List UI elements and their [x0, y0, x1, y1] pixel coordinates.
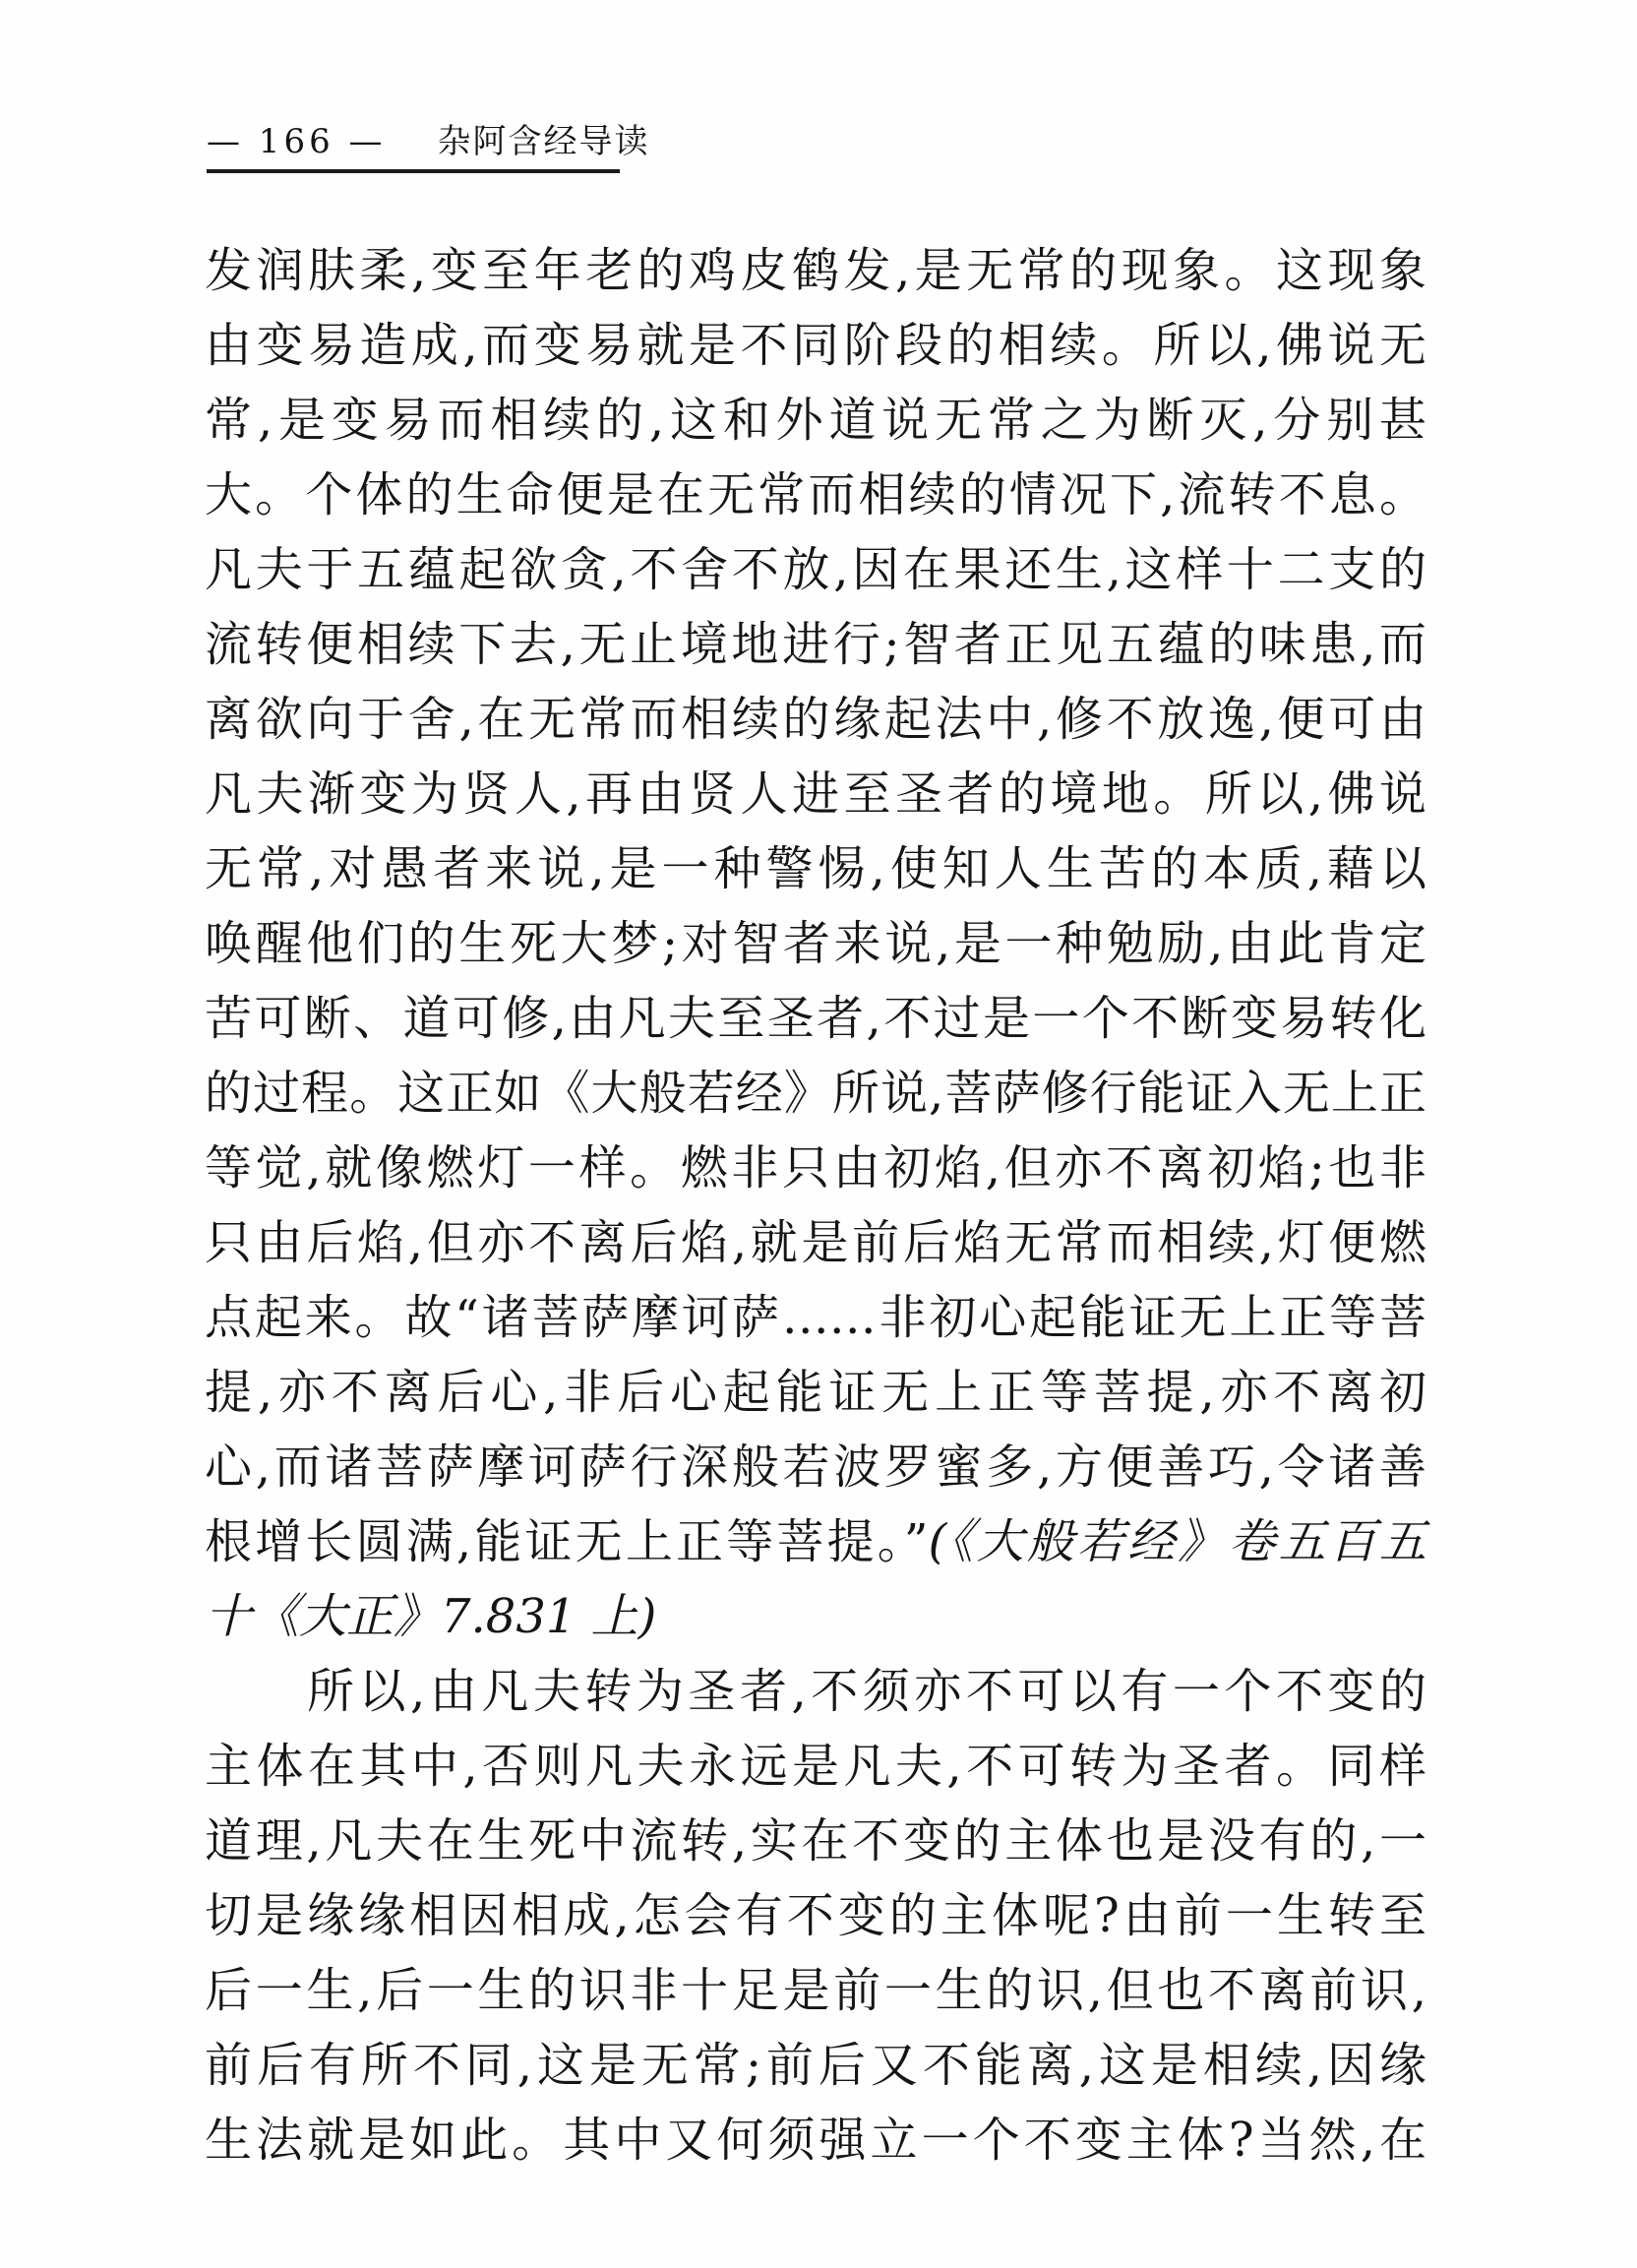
body-text-segment: 凡夫于五蕴起欲贪,不舍不放,因在果还生,这样十二支的	[205, 542, 1426, 597]
body-text-segment: 等觉,就像燃灯一样。燃非只由初焰,但亦不离初焰;也非	[205, 1140, 1426, 1195]
book-page: — 166 — 杂阿含经导读 发润肤柔,变至年老的鸡皮鹤发,是无常的现象。这现象…	[0, 0, 1637, 2268]
body-text-segment: 提,亦不离后心,非后心起能证无上正等菩提,亦不离初	[205, 1365, 1426, 1420]
paragraph: 发润肤柔,变至年老的鸡皮鹤发,是无常的现象。这现象由变易造成,而变易就是不同阶段…	[205, 233, 1426, 1654]
text-line: 前后有所不同,这是无常;前后又不能离,这是相续,因缘	[205, 2028, 1426, 2103]
paragraph: 所以,由凡夫转为圣者,不须亦不可以有一个不变的主体在其中,否则凡夫永远是凡夫,不…	[205, 1654, 1426, 2177]
body-text-segment: 凡夫渐变为贤人,再由贤人进至圣者的境地。所以,佛说	[205, 766, 1426, 822]
body-text-segment: 根增长圆满,能证无上正等菩提。”	[205, 1514, 928, 1569]
text-line: 点起来。故“诸菩萨摩诃萨……非初心起能证无上正等菩	[205, 1280, 1426, 1355]
body-text-segment: 生法就是如此。其中又何须强立一个不变主体?当然,在	[205, 2113, 1426, 2168]
text-line: 凡夫于五蕴起欲贪,不舍不放,因在果还生,这样十二支的	[205, 532, 1426, 607]
text-line: 苦可断、道可修,由凡夫至圣者,不过是一个不断变易转化	[205, 981, 1426, 1056]
body-text-segment: 道理,凡夫在生死中流转,实在不变的主体也是没有的,一	[205, 1813, 1426, 1869]
text-line: 常,是变易而相续的,这和外道说无常之为断灭,分别甚	[205, 383, 1426, 458]
page-header: — 166 — 杂阿含经导读	[207, 120, 620, 173]
body-text-segment: 前后有所不同,这是无常;前后又不能离,这是相续,因缘	[205, 2038, 1426, 2093]
body-text-segment: 只由后焰,但亦不离后焰,就是前后焰无常而相续,灯便燃	[205, 1215, 1426, 1270]
text-line: 道理,凡夫在生死中流转,实在不变的主体也是没有的,一	[205, 1804, 1426, 1878]
text-line: 后一生,后一生的识非十足是前一生的识,但也不离前识,	[205, 1953, 1426, 2028]
text-line: 心,而诸菩萨摩诃萨行深般若波罗蜜多,方便善巧,令诸善	[205, 1430, 1426, 1504]
text-line: 流转便相续下去,无止境地进行;智者正见五蕴的味患,而	[205, 607, 1426, 682]
citation-text: (《大般若经》卷五百五	[928, 1514, 1426, 1569]
text-line: 由变易造成,而变易就是不同阶段的相续。所以,佛说无	[205, 308, 1426, 383]
body-text-segment: 所以,由凡夫转为圣者,不须亦不可以有一个不变的	[307, 1664, 1426, 1719]
body-text-segment: 由变易造成,而变易就是不同阶段的相续。所以,佛说无	[205, 318, 1426, 373]
text-line: 生法就是如此。其中又何须强立一个不变主体?当然,在	[205, 2103, 1426, 2177]
text-line: 发润肤柔,变至年老的鸡皮鹤发,是无常的现象。这现象	[205, 233, 1426, 308]
text-line: 大。个体的生命便是在无常而相续的情况下,流转不息。	[205, 458, 1426, 532]
body-text-segment: 无常,对愚者来说,是一种警惕,使知人生苦的本质,藉以	[205, 841, 1426, 896]
text-line: 唤醒他们的生死大梦;对智者来说,是一种勉励,由此肯定	[205, 906, 1426, 981]
running-title: 杂阿含经导读	[438, 120, 650, 163]
body-text-segment: 主体在其中,否则凡夫永远是凡夫,不可转为圣者。同样	[205, 1739, 1426, 1794]
text-line: 凡夫渐变为贤人,再由贤人进至圣者的境地。所以,佛说	[205, 757, 1426, 831]
text-line: 无常,对愚者来说,是一种警惕,使知人生苦的本质,藉以	[205, 831, 1426, 906]
body-text-segment: 切是缘缘相因相成,怎会有不变的主体呢?由前一生转至	[205, 1888, 1426, 1943]
citation-text: 十《大正》7.831 上)	[205, 1589, 656, 1644]
body-text-segment: 大。个体的生命便是在无常而相续的情况下,流转不息。	[205, 467, 1426, 522]
body-text-segment: 离欲向于舍,在无常而相续的缘起法中,修不放逸,便可由	[205, 692, 1426, 747]
text-line: 等觉,就像燃灯一样。燃非只由初焰,但亦不离初焰;也非	[205, 1131, 1426, 1205]
text-line: 十《大正》7.831 上)	[205, 1579, 1426, 1654]
text-line: 切是缘缘相因相成,怎会有不变的主体呢?由前一生转至	[205, 1878, 1426, 1953]
text-line: 只由后焰,但亦不离后焰,就是前后焰无常而相续,灯便燃	[205, 1205, 1426, 1280]
body-text: 发润肤柔,变至年老的鸡皮鹤发,是无常的现象。这现象由变易造成,而变易就是不同阶段…	[205, 233, 1426, 2177]
body-text-segment: 后一生,后一生的识非十足是前一生的识,但也不离前识,	[205, 1963, 1426, 2018]
body-text-segment: 流转便相续下去,无止境地进行;智者正见五蕴的味患,而	[205, 617, 1426, 672]
page-number: — 166 —	[207, 120, 387, 163]
body-text-segment: 点起来。故“诸菩萨摩诃萨……非初心起能证无上正等菩	[205, 1290, 1426, 1345]
text-line: 的过程。这正如《大般若经》所说,菩萨修行能证入无上正	[205, 1056, 1426, 1131]
text-line: 提,亦不离后心,非后心起能证无上正等菩提,亦不离初	[205, 1355, 1426, 1430]
body-text-segment: 发润肤柔,变至年老的鸡皮鹤发,是无常的现象。这现象	[205, 243, 1426, 298]
text-line: 主体在其中,否则凡夫永远是凡夫,不可转为圣者。同样	[205, 1729, 1426, 1804]
text-line: 所以,由凡夫转为圣者,不须亦不可以有一个不变的	[205, 1654, 1426, 1729]
body-text-segment: 常,是变易而相续的,这和外道说无常之为断灭,分别甚	[205, 393, 1426, 448]
body-text-segment: 心,而诸菩萨摩诃萨行深般若波罗蜜多,方便善巧,令诸善	[205, 1440, 1426, 1495]
text-line: 离欲向于舍,在无常而相续的缘起法中,修不放逸,便可由	[205, 682, 1426, 757]
body-text-segment: 苦可断、道可修,由凡夫至圣者,不过是一个不断变易转化	[205, 991, 1426, 1046]
body-text-segment: 的过程。这正如《大般若经》所说,菩萨修行能证入无上正	[205, 1066, 1426, 1121]
body-text-segment: 唤醒他们的生死大梦;对智者来说,是一种勉励,由此肯定	[205, 916, 1426, 971]
text-line: 根增长圆满,能证无上正等菩提。”(《大般若经》卷五百五	[205, 1504, 1426, 1579]
